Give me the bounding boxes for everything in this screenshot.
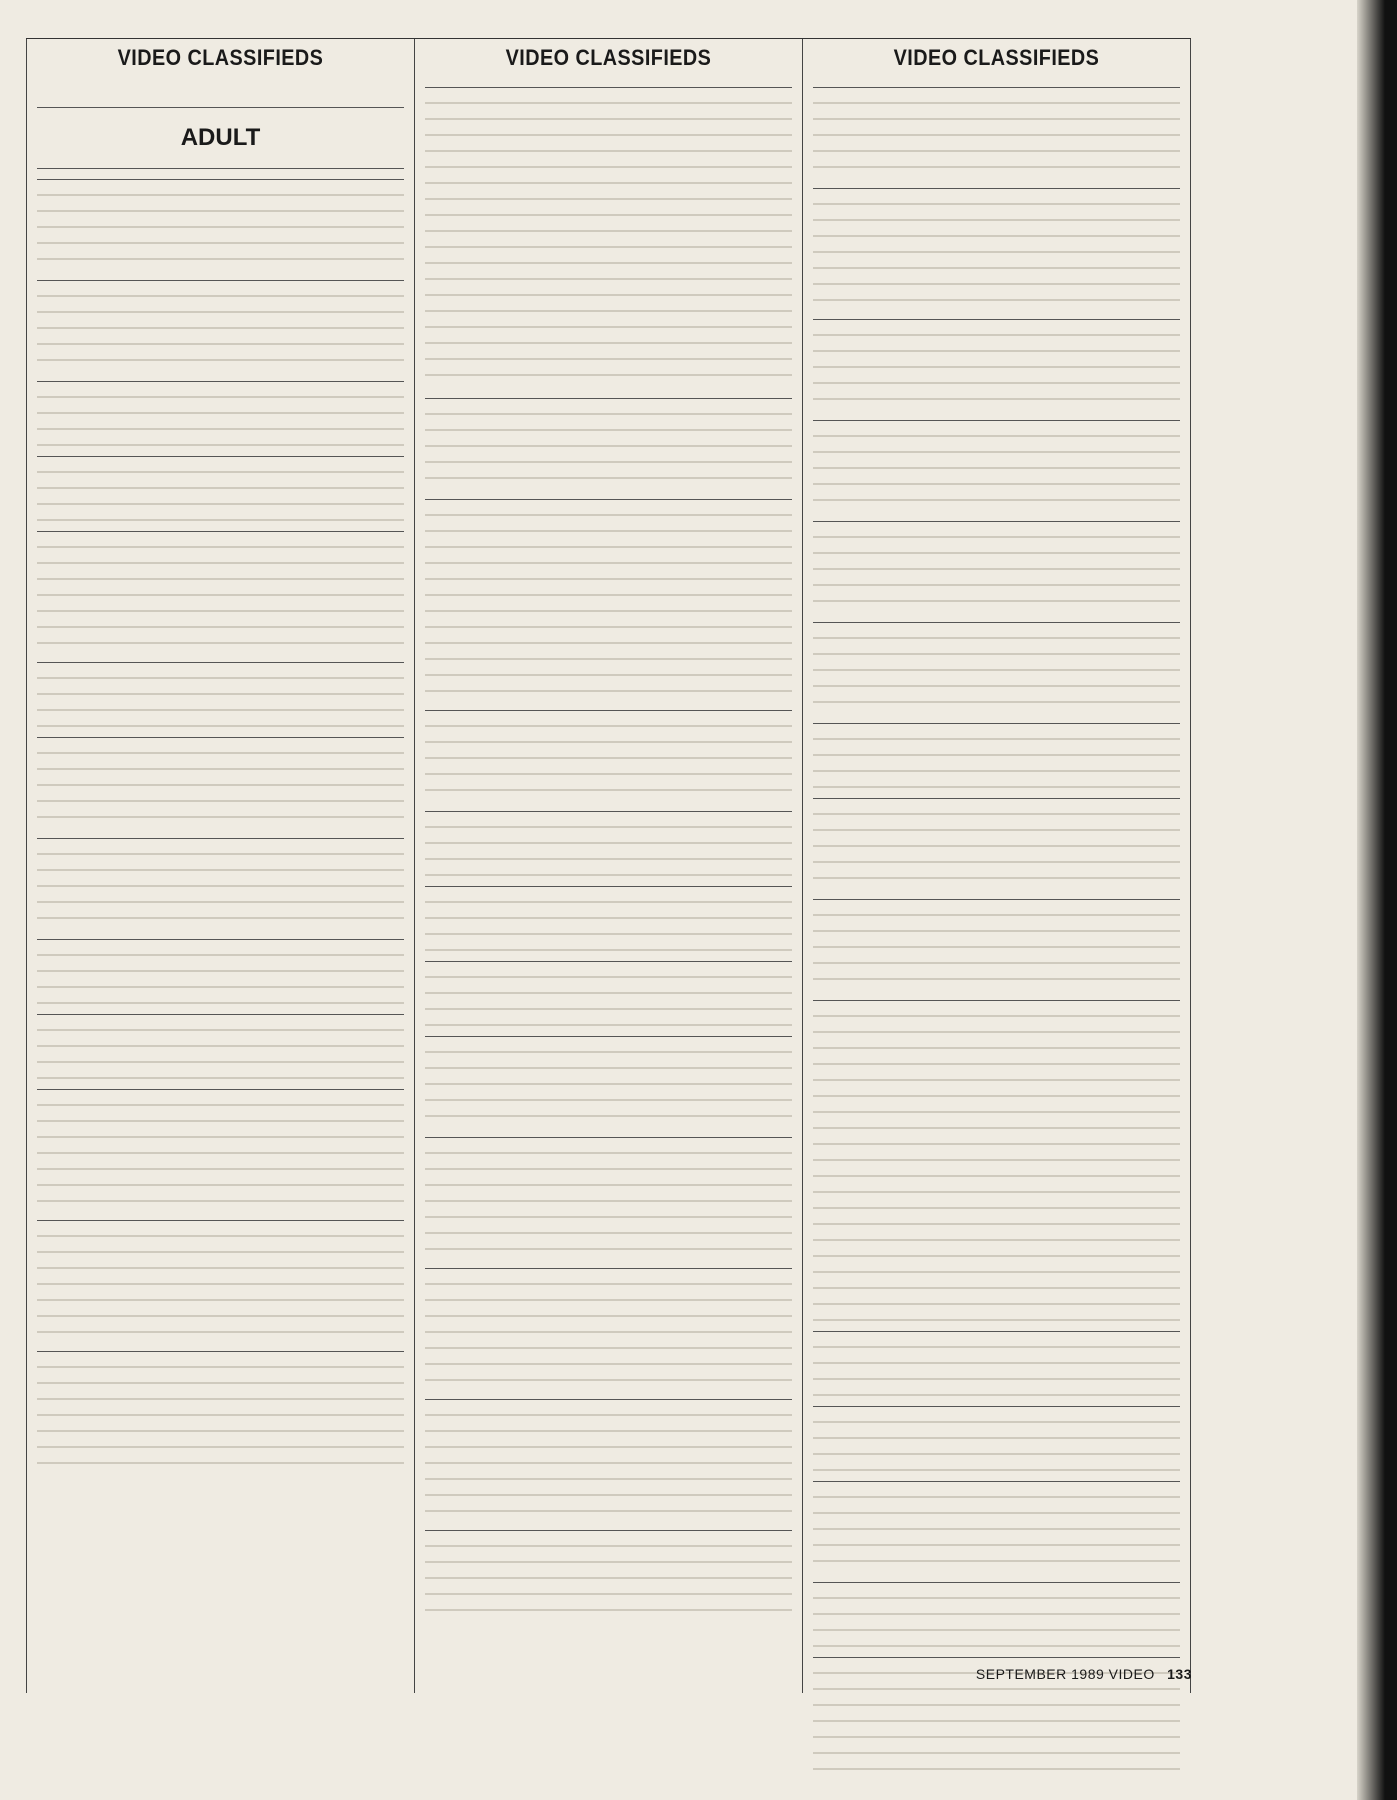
listing-placeholder: [37, 456, 404, 521]
page-number: 133: [1167, 1666, 1192, 1682]
listing-placeholder: [37, 280, 404, 371]
listing-placeholder: [37, 1351, 404, 1472]
page-footer: SEPTEMBER 1989 VIDEO 133: [976, 1666, 1192, 1682]
listing-placeholder: [813, 798, 1180, 889]
listing-placeholder: [813, 521, 1180, 612]
listing-placeholder: [425, 811, 792, 876]
listing-placeholder: [813, 420, 1180, 511]
listing-placeholder: [37, 662, 404, 727]
issue-date: SEPTEMBER 1989: [976, 1666, 1104, 1682]
listing-placeholder: [813, 899, 1180, 990]
listing-placeholder: [425, 1530, 792, 1621]
listing-placeholder: [37, 179, 404, 270]
listing-placeholder: [813, 319, 1180, 410]
listing-placeholder: [37, 737, 404, 828]
column-1: VIDEO CLASSIFIEDS ADULT: [26, 39, 414, 1693]
listing-placeholder: [813, 188, 1180, 309]
section-title: ADULT: [37, 107, 404, 169]
listing-placeholder: [813, 1406, 1180, 1471]
listing-placeholder: [425, 710, 792, 801]
column-header: VIDEO CLASSIFIEDS: [831, 39, 1161, 77]
listing-placeholder: [37, 939, 404, 1004]
listing-placeholder: [813, 622, 1180, 713]
listing-placeholder: [425, 1036, 792, 1127]
listing-placeholder: [425, 961, 792, 1026]
classifieds-page: VIDEO CLASSIFIEDS ADULT VIDEO CLASSIFIED…: [26, 38, 1191, 1693]
listing-placeholder: [425, 398, 792, 489]
listing-placeholder: [425, 87, 792, 388]
listing-placeholder: [813, 87, 1180, 178]
column-header: VIDEO CLASSIFIEDS: [55, 39, 385, 77]
listing-placeholder: [425, 499, 792, 700]
column-header: VIDEO CLASSIFIEDS: [443, 39, 773, 77]
listing-placeholder: [425, 1268, 792, 1389]
listing-placeholder: [37, 1220, 404, 1341]
listing-placeholder: [37, 531, 404, 652]
publication-name: VIDEO: [1109, 1666, 1155, 1682]
listing-placeholder: [813, 1582, 1180, 1647]
listing-placeholder: [37, 1089, 404, 1210]
listing-placeholder: [813, 1331, 1180, 1396]
listing-placeholder: [425, 1137, 792, 1258]
page-binding-edge: [1357, 0, 1397, 1800]
column-3: VIDEO CLASSIFIEDS: [802, 39, 1191, 1693]
listing-placeholder: [37, 1014, 404, 1079]
listing-placeholder: [425, 886, 792, 951]
listing-placeholder: [813, 1000, 1180, 1321]
column-2: VIDEO CLASSIFIEDS: [414, 39, 802, 1693]
listing-placeholder: [813, 723, 1180, 788]
listing-placeholder: [425, 1399, 792, 1520]
listing-placeholder: [813, 1481, 1180, 1572]
listing-placeholder: [37, 838, 404, 929]
listing-placeholder: [37, 381, 404, 446]
